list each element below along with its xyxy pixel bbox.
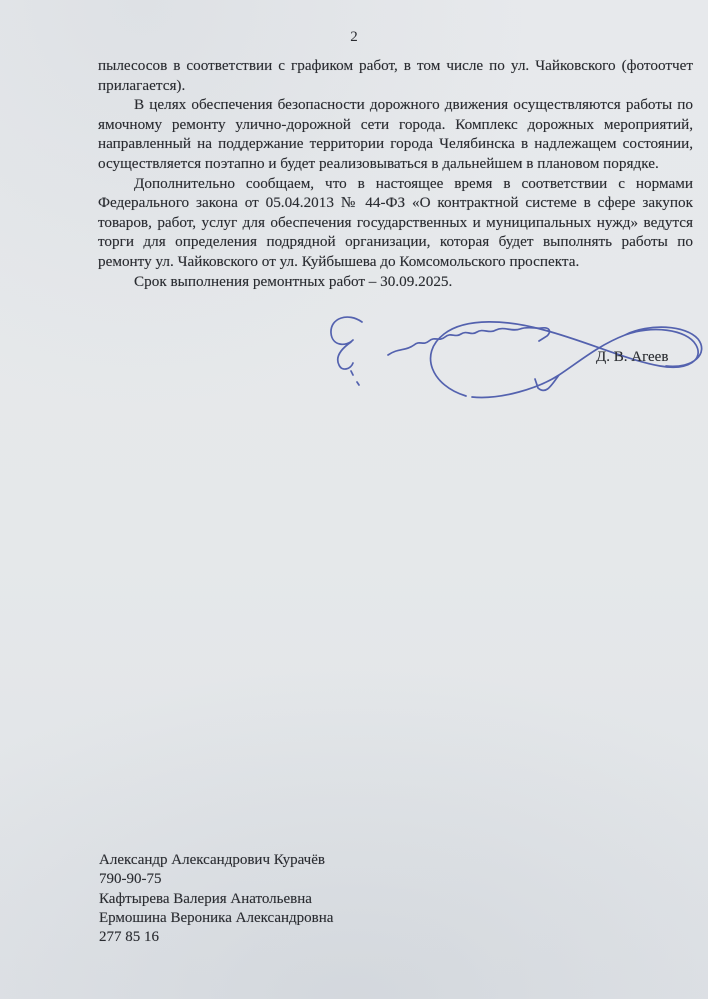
contact-line: Ермошина Вероника Александровна bbox=[99, 909, 333, 928]
footer-contacts: Александр Александрович Курачёв 790-90-7… bbox=[99, 851, 333, 947]
paragraph-deadline: Срок выполнения ремонтных работ – 30.09.… bbox=[98, 272, 693, 292]
contact-line: 277 85 16 bbox=[99, 928, 333, 947]
page-number: 2 bbox=[0, 29, 708, 46]
contact-line: Александр Александрович Курачёв bbox=[99, 851, 333, 870]
paragraph-continuation: пылесосов в соответствии с графиком рабо… bbox=[98, 56, 693, 95]
signatory-name: Д. В. Агеев bbox=[596, 349, 668, 366]
letter-body: пылесосов в соответствии с графиком рабо… bbox=[98, 56, 693, 291]
paragraph-procurement: Дополнительно сообщаем, что в настоящее … bbox=[98, 174, 693, 272]
paragraph-road-safety: В целях обеспечения безопасности дорожно… bbox=[98, 95, 693, 173]
contact-line: 790-90-75 bbox=[99, 870, 333, 889]
scanned-letter-page: { "page": { "number": "2" }, "body": { "… bbox=[0, 0, 708, 999]
contact-line: Кафтырева Валерия Анатольевна bbox=[99, 890, 333, 909]
